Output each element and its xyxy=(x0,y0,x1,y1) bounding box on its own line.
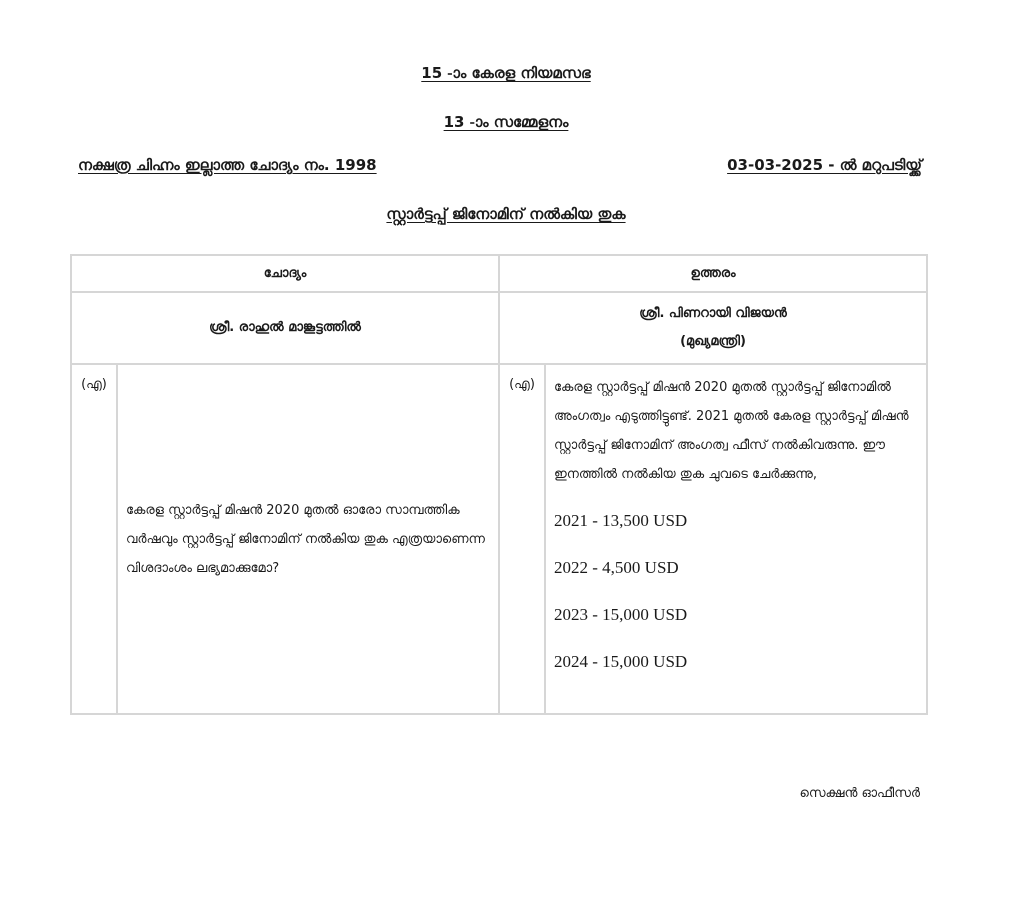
subject-heading: സ്റ്റാർട്ടപ്പ് ജിനോമിന് നൽകിയ തുക xyxy=(0,205,1012,223)
answerer-title: (മുഖ്യമന്ത്രി) xyxy=(500,328,926,356)
table-names-row: ശ്രീ. രാഹുൽ മാങ്കൂട്ടത്തിൽ ശ്രീ. പിണറായി… xyxy=(71,292,927,364)
amount-item: 2021 - 13,500 USD xyxy=(554,497,918,544)
answer-cell: കേരള സ്റ്റാർട്ടപ്പ് മിഷൻ 2020 മുതൽ സ്റ്റ… xyxy=(545,364,927,714)
assembly-heading-text: 15 -ാം കേരള നിയമസഭ xyxy=(421,64,590,82)
assembly-heading: 15 -ാം കേരള നിയമസഭ xyxy=(0,64,1012,82)
session-heading-text: 13 -ാം സമ്മേളനം xyxy=(444,113,569,131)
answer-text: കേരള സ്റ്റാർട്ടപ്പ് മിഷൻ 2020 മുതൽ സ്റ്റ… xyxy=(554,373,918,489)
question-answer-table: ചോദ്യം ഉത്തരം ശ്രീ. രാഹുൽ മാങ്കൂട്ടത്തിൽ… xyxy=(70,254,928,715)
subject-heading-text: സ്റ്റാർട്ടപ്പ് ജിനോമിന് നൽകിയ തുക xyxy=(386,205,625,223)
questioner-name: ശ്രീ. രാഹുൽ മാങ്കൂട്ടത്തിൽ xyxy=(71,292,499,364)
session-heading: 13 -ാം സമ്മേളനം xyxy=(0,113,1012,131)
answer-date: 03-03-2025 - ൽ മറുപടിയ്ക്ക് xyxy=(727,156,922,174)
amount-item: 2024 - 15,000 USD xyxy=(554,638,918,685)
answer-label: (എ) xyxy=(499,364,545,714)
question-text: കേരള സ്റ്റാർട്ടപ്പ് മിഷൻ 2020 മുതൽ ഓരോ സ… xyxy=(117,364,499,714)
amount-item: 2023 - 15,000 USD xyxy=(554,591,918,638)
amount-item: 2022 - 4,500 USD xyxy=(554,544,918,591)
question-column-heading: ചോദ്യം xyxy=(71,255,499,292)
answerer-name: ശ്രീ. പിണറായി വിജയൻ xyxy=(500,300,926,328)
answer-column-heading: ഉത്തരം xyxy=(499,255,927,292)
table-header-row: ചോദ്യം ഉത്തരം xyxy=(71,255,927,292)
table-row: (എ) കേരള സ്റ്റാർട്ടപ്പ് മിഷൻ 2020 മുതൽ ഓ… xyxy=(71,364,927,714)
amount-list: 2021 - 13,500 USD 2022 - 4,500 USD 2023 … xyxy=(554,497,918,685)
question-label: (എ) xyxy=(71,364,117,714)
signature: സെക്ഷൻ ഓഫീസർ xyxy=(800,786,920,801)
answerer-cell: ശ്രീ. പിണറായി വിജയൻ (മുഖ്യമന്ത്രി) xyxy=(499,292,927,364)
question-number: നക്ഷത്ര ചിഹ്നം ഇല്ലാത്ത ചോദ്യം നം. 1998 xyxy=(78,156,377,174)
